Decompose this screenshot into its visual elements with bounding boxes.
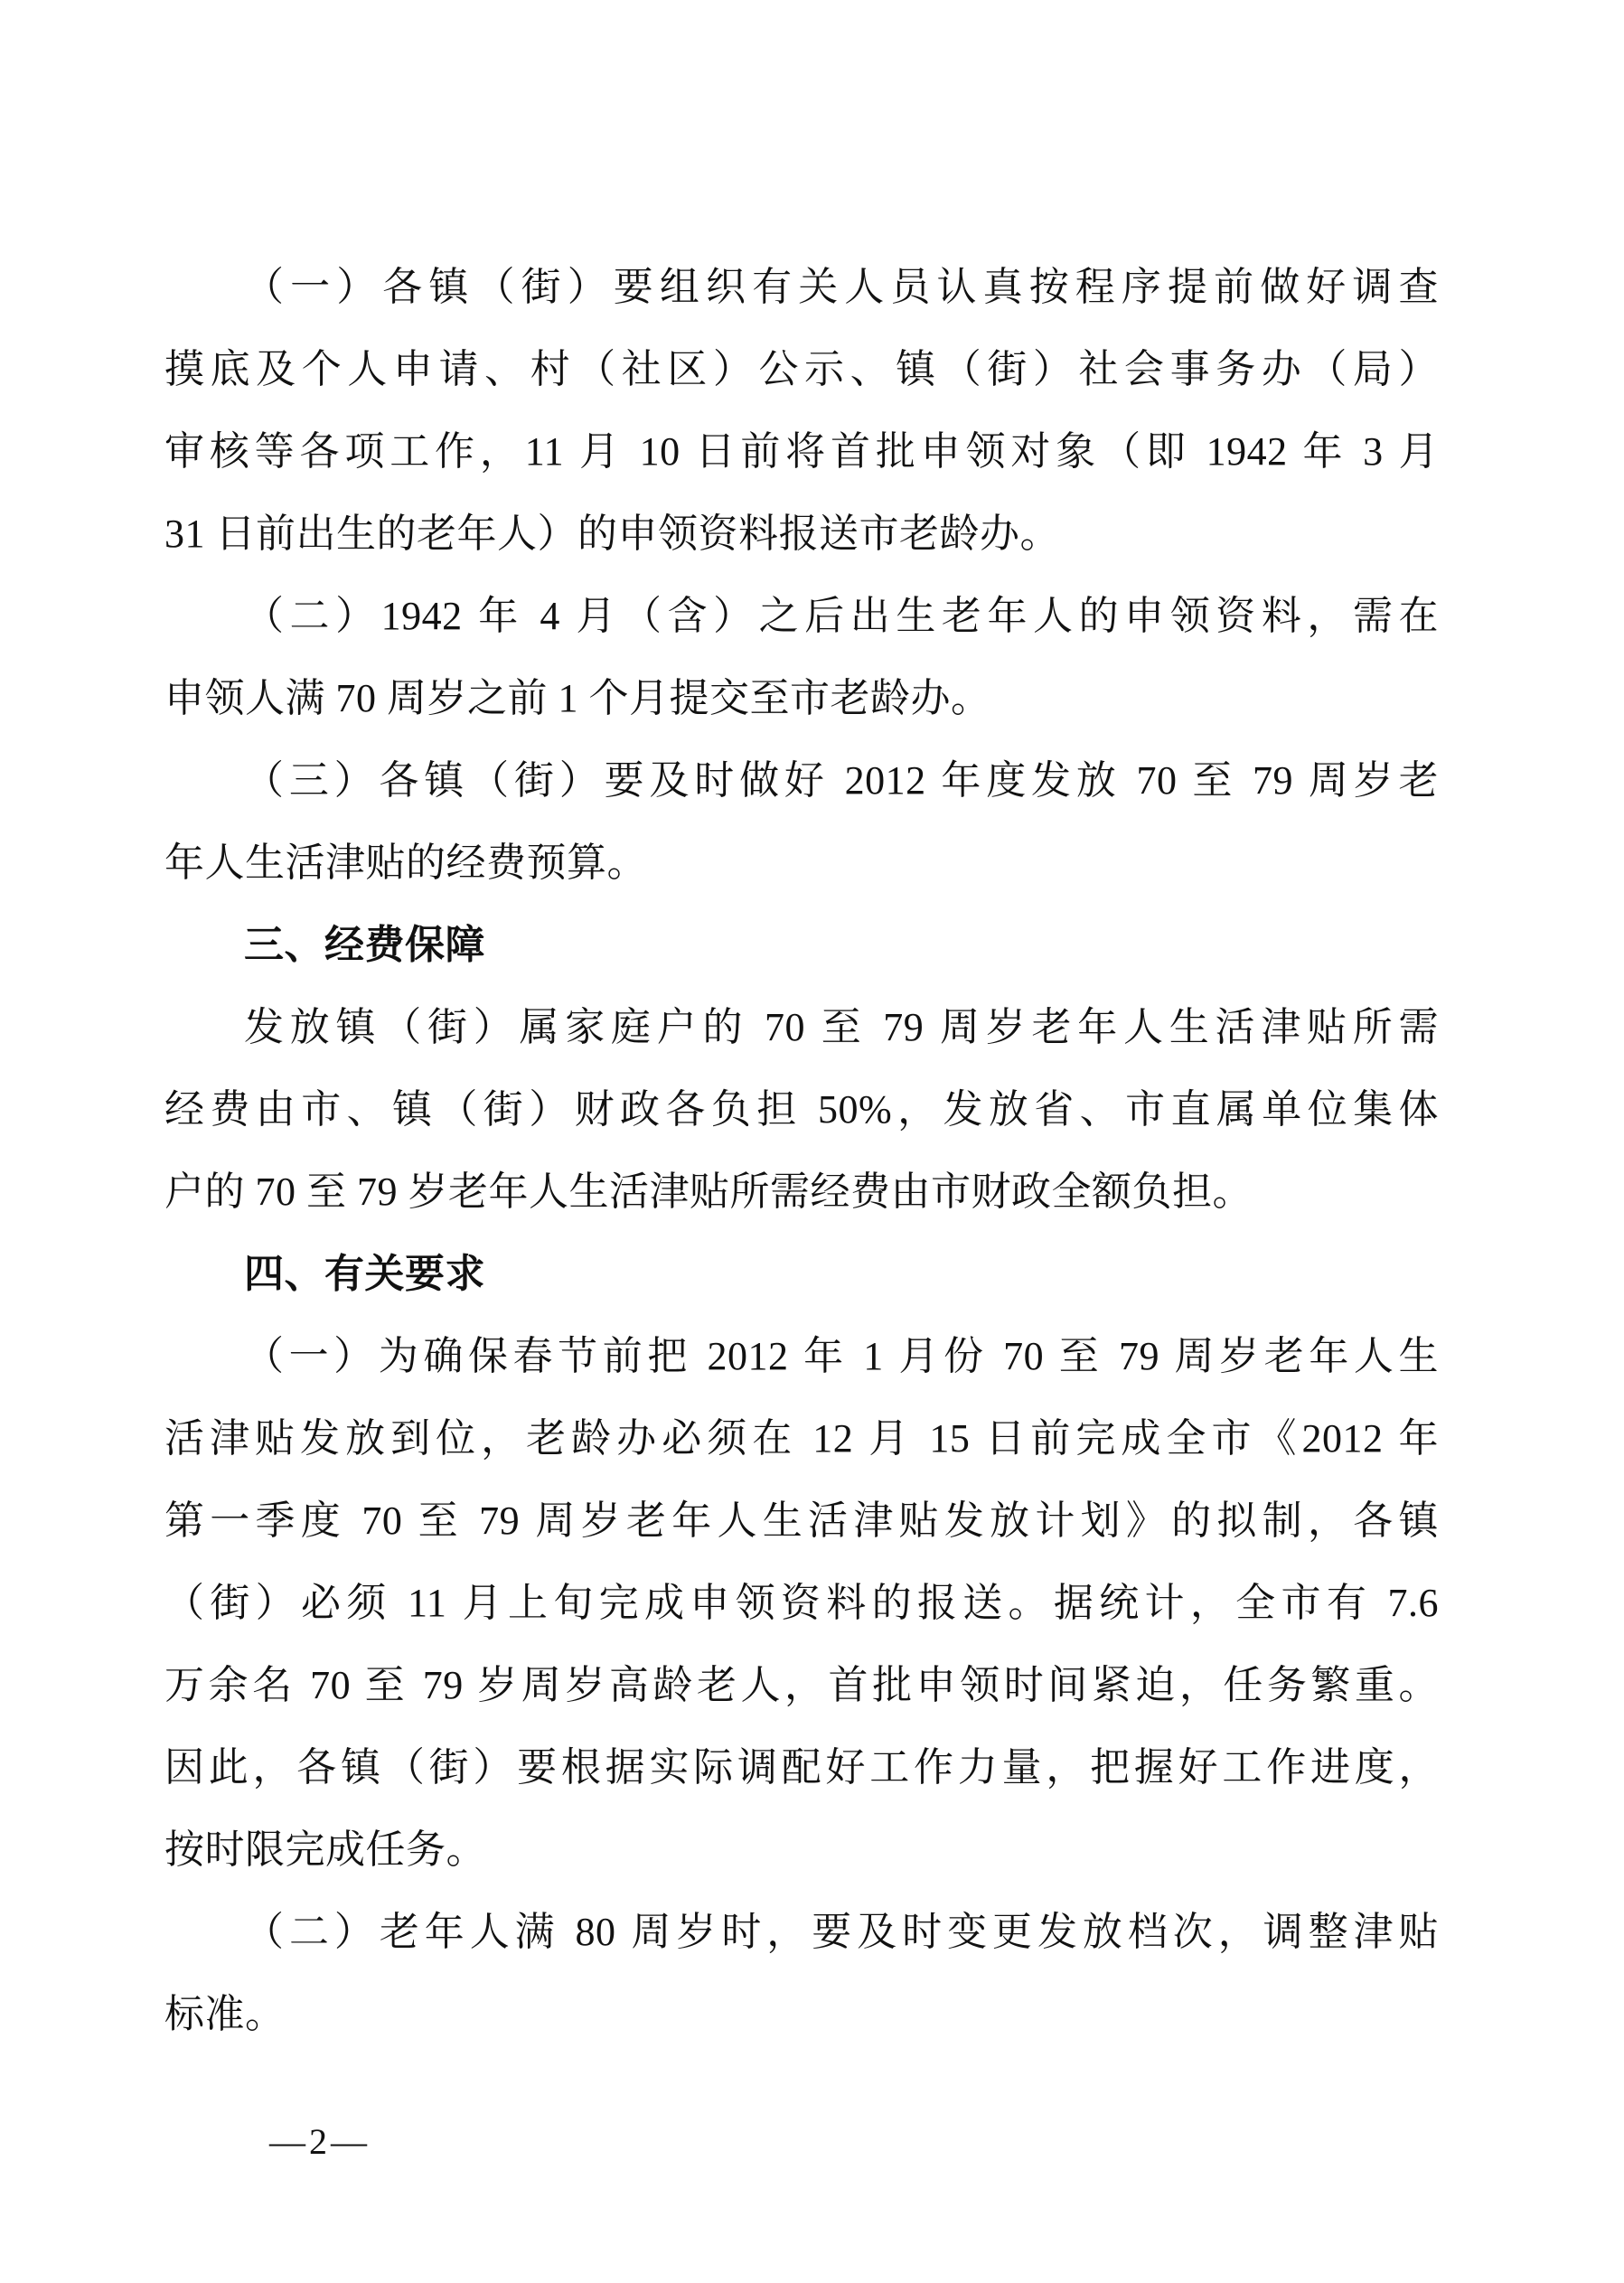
text-line: （一）各镇（街）要组织有关人员认真按程序提前做好调查: [164, 246, 1439, 328]
text-line: 审核等各项工作，11 月 10 日前将首批申领对象（即 1942 年 3 月: [164, 410, 1439, 493]
text-line: （街）必须 11 月上旬完成申领资料的报送。据统计，全市有 7.6: [164, 1562, 1439, 1644]
page-number: —2—: [269, 2122, 371, 2162]
text-line: 申领人满 70 周岁之前 1 个月提交至市老龄办。: [164, 657, 1439, 739]
text-line: 四、有关要求: [164, 1233, 1439, 1315]
text-line: 发放镇（街）属家庭户的 70 至 79 周岁老年人生活津贴所需: [164, 986, 1439, 1068]
text-line: 活津贴发放到位，老龄办必须在 12 月 15 日前完成全市《2012 年: [164, 1397, 1439, 1480]
text-line: 户的 70 至 79 岁老年人生活津贴所需经费由市财政全额负担。: [164, 1151, 1439, 1233]
text-line: 31 日前出生的老年人）的申领资料报送市老龄办。: [164, 493, 1439, 575]
text-line: 年人生活津贴的经费预算。: [164, 822, 1439, 904]
text-line: 万余名 70 至 79 岁周岁高龄老人，首批申领时间紧迫，任务繁重。: [164, 1644, 1439, 1726]
document-page: （一）各镇（街）要组织有关人员认真按程序提前做好调查摸底及个人申请、村（社区）公…: [0, 0, 1624, 2283]
text-line: （二）1942 年 4 月（含）之后出生老年人的申领资料，需在: [164, 575, 1439, 657]
text-line: 标准。: [164, 1973, 1439, 2055]
text-line: 摸底及个人申请、村（社区）公示、镇（街）社会事务办（局）: [164, 328, 1439, 410]
text-line: （一）为确保春节前把 2012 年 1 月份 70 至 79 周岁老年人生: [164, 1315, 1439, 1397]
text-line: 三、经费保障: [164, 904, 1439, 986]
text-line: 经费由市、镇（街）财政各负担 50%，发放省、市直属单位集体: [164, 1068, 1439, 1151]
text-line: （二）老年人满 80 周岁时，要及时变更发放档次，调整津贴: [164, 1891, 1439, 1973]
document-body: （一）各镇（街）要组织有关人员认真按程序提前做好调查摸底及个人申请、村（社区）公…: [164, 246, 1439, 2055]
text-line: 第一季度 70 至 79 周岁老年人生活津贴发放计划》的拟制，各镇: [164, 1480, 1439, 1562]
text-line: （三）各镇（街）要及时做好 2012 年度发放 70 至 79 周岁老: [164, 739, 1439, 822]
text-line: 按时限完成任务。: [164, 1809, 1439, 1891]
text-line: 因此，各镇（街）要根据实际调配好工作力量，把握好工作进度，: [164, 1726, 1439, 1809]
